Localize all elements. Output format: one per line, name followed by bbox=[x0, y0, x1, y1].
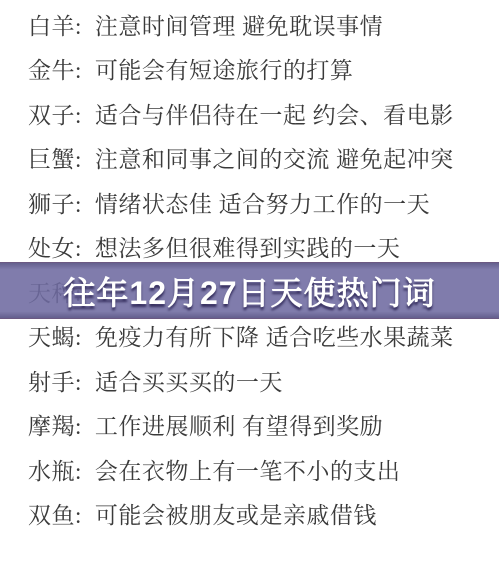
horoscope-row-gemini: 双子: 适合与伴侣待在一起 约会、看电影 bbox=[0, 91, 499, 136]
horoscope-text: 免疫力有所下降 适合吃些水果蔬菜 bbox=[95, 319, 454, 352]
horoscope-text: 想法多但很难得到实践的一天 bbox=[95, 230, 401, 263]
horoscope-row-sagittarius: 射手: 适合买买买的一天 bbox=[0, 358, 499, 403]
zodiac-label: 狮子: bbox=[28, 186, 82, 219]
zodiac-label: 金牛: bbox=[28, 52, 82, 85]
horoscope-page: 白羊: 注意时间管理 避免耽误事情 金牛: 可能会有短途旅行的打算 双子: 适合… bbox=[0, 0, 499, 578]
zodiac-label: 天蝎: bbox=[28, 319, 82, 352]
horoscope-row-taurus: 金牛: 可能会有短途旅行的打算 bbox=[0, 47, 499, 92]
horoscope-text: 可能会有短途旅行的打算 bbox=[95, 52, 354, 85]
horoscope-row-capricorn: 摩羯: 工作进展顺利 有望得到奖励 bbox=[0, 403, 499, 448]
horoscope-text: 注意时间管理 避免耽误事情 bbox=[95, 8, 383, 41]
zodiac-label: 巨蟹: bbox=[28, 141, 82, 174]
horoscope-text: 注意和同事之间的交流 避免起冲突 bbox=[95, 141, 454, 174]
horoscope-text: 适合买买买的一天 bbox=[95, 364, 283, 397]
horoscope-text: 会在衣物上有一笔不小的支出 bbox=[95, 453, 401, 486]
zodiac-label: 水瓶: bbox=[28, 453, 82, 486]
horoscope-text: 适合与伴侣待在一起 约会、看电影 bbox=[95, 97, 454, 130]
zodiac-label: 双鱼: bbox=[28, 497, 82, 530]
horoscope-row-cancer: 巨蟹: 注意和同事之间的交流 避免起冲突 bbox=[0, 136, 499, 181]
horoscope-row-pisces: 双鱼: 可能会被朋友或是亲戚借钱 bbox=[0, 492, 499, 537]
title-banner-overlay: 往年12月27日天使热门词 bbox=[0, 262, 499, 319]
zodiac-label: 双子: bbox=[28, 97, 82, 130]
horoscope-row-aries: 白羊: 注意时间管理 避免耽误事情 bbox=[0, 2, 499, 47]
zodiac-label: 白羊: bbox=[28, 8, 82, 41]
horoscope-row-leo: 狮子: 情绪状态佳 适合努力工作的一天 bbox=[0, 180, 499, 225]
horoscope-text: 情绪状态佳 适合努力工作的一天 bbox=[95, 186, 430, 219]
banner-title: 往年12月27日天使热门词 bbox=[63, 268, 435, 314]
zodiac-label: 射手: bbox=[28, 364, 82, 397]
horoscope-text: 工作进展顺利 有望得到奖励 bbox=[95, 408, 383, 441]
horoscope-row-scorpio: 天蝎: 免疫力有所下降 适合吃些水果蔬菜 bbox=[0, 314, 499, 359]
horoscope-row-aquarius: 水瓶: 会在衣物上有一笔不小的支出 bbox=[0, 447, 499, 492]
zodiac-label: 摩羯: bbox=[28, 408, 82, 441]
horoscope-text: 可能会被朋友或是亲戚借钱 bbox=[95, 497, 377, 530]
zodiac-label: 处女: bbox=[28, 230, 82, 263]
